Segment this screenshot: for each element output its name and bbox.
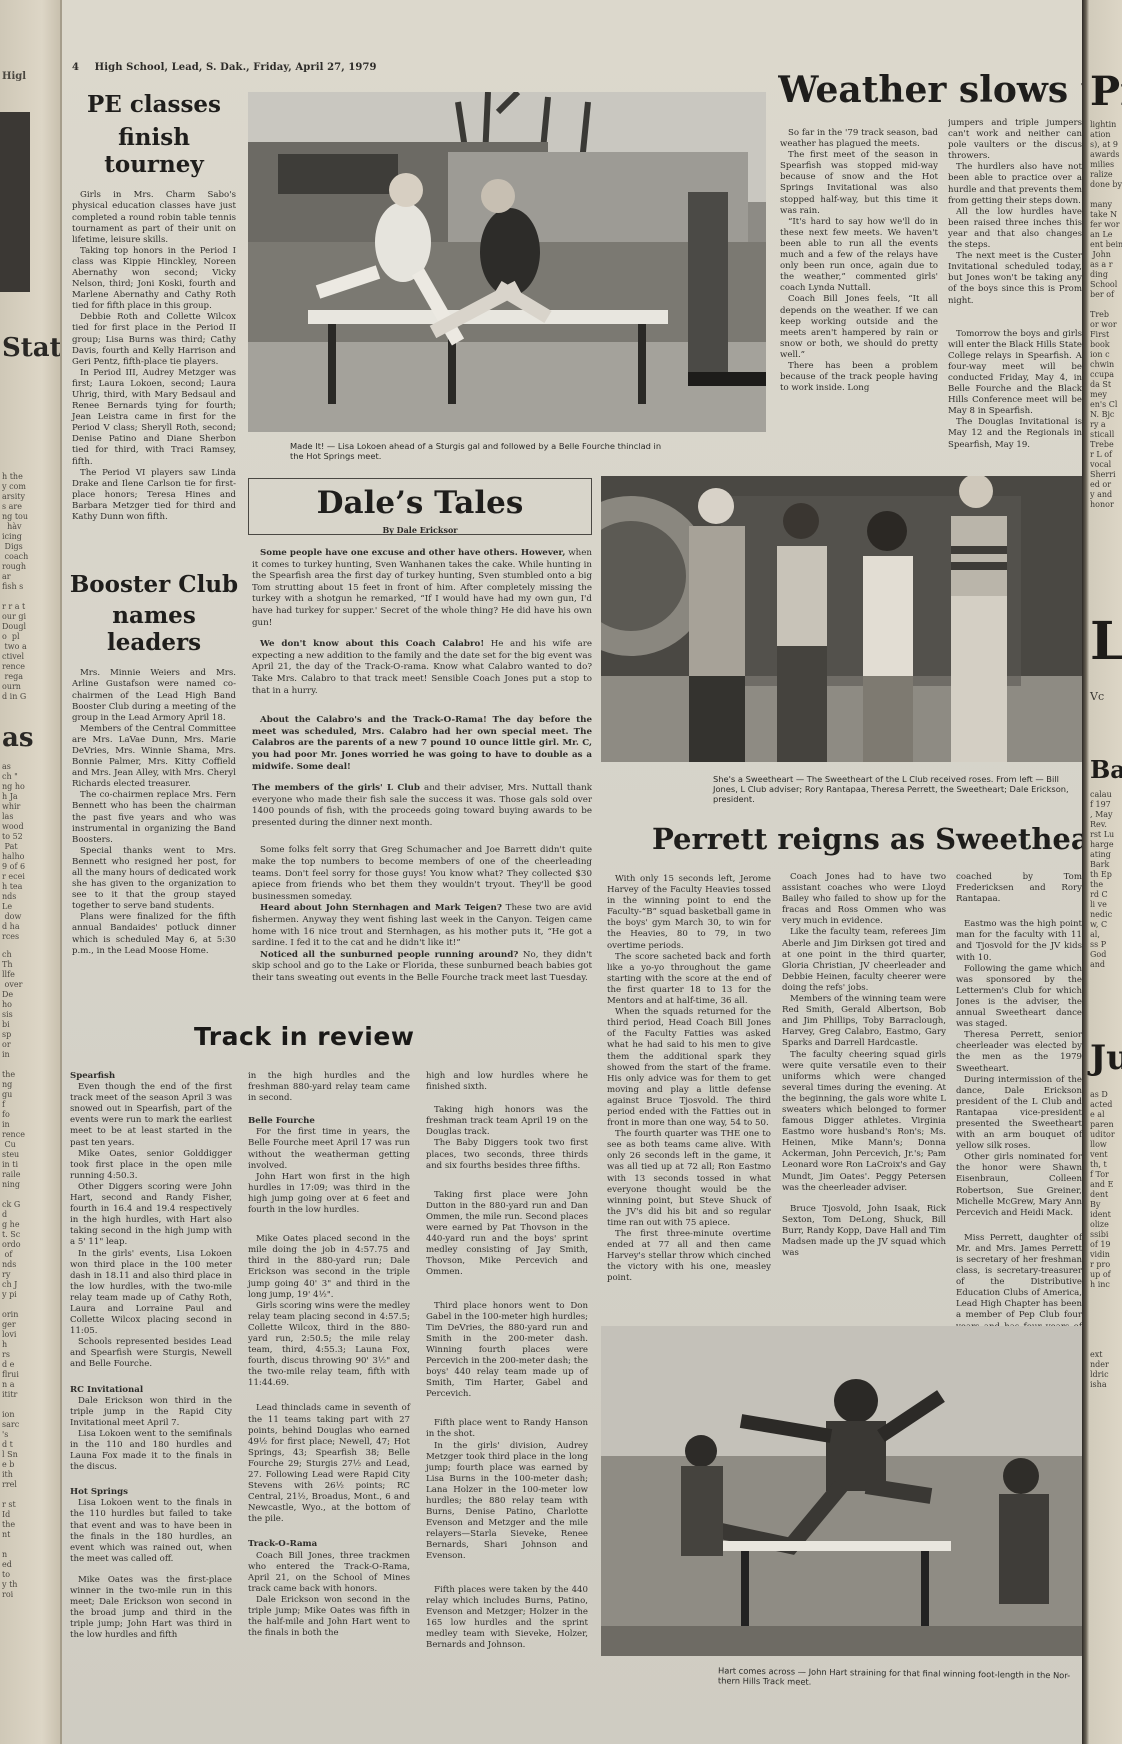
edge-text-fragment: lightin ation s), at 9 awards milies ral… — [1090, 120, 1122, 510]
tale-item: We don't know about this Coach Calabro! … — [252, 639, 592, 697]
hurdles-caption: Made It! — Lisa Lokoen ahead of a Sturgi… — [290, 441, 760, 461]
hart-photo-image — [601, 1326, 1082, 1656]
gutter-headline-fragment: Stat — [2, 334, 62, 362]
paragraph: Even though the end of the first track m… — [70, 1082, 232, 1149]
dales-tales-byline: By Dale Ericksor — [249, 525, 591, 535]
photo-hart-hurdles — [601, 1326, 1082, 1656]
paragraph: The Period VI players saw Linda Drake an… — [72, 468, 236, 523]
paragraph: Other Diggers scoring were John Hart, se… — [70, 1182, 232, 1249]
sweetheart-photo-image — [601, 476, 1082, 762]
paragraph: In the girls' events, Lisa Lokoen won th… — [70, 1249, 232, 1338]
tale-item: Noticed all the sunburned people running… — [252, 950, 592, 985]
weather-col1: So far in the '79 track season, bad weat… — [780, 128, 938, 394]
paragraph: Bruce Tjosvold, John Isaak, Rick Sexton,… — [782, 1204, 946, 1259]
next-page-edge: Pr lightin ation s), at 9 awards milies … — [1082, 0, 1122, 1744]
perrett-col1: With only 15 seconds left, Jerome Harvey… — [607, 874, 771, 1284]
paragraph: Members of the winning team were Red Smi… — [782, 994, 946, 1049]
photo-girls-hurdles — [248, 92, 766, 432]
section-subhead: Belle Fourche — [248, 1116, 410, 1127]
paragraph: Girls in Mrs. Charm Sabo's physical educ… — [72, 190, 236, 245]
track-review-headline: Track in review — [194, 1022, 414, 1051]
perrett-col2: Coach Jones had to have two assistant co… — [782, 872, 946, 1259]
paragraph: Lisa Lokoen went to the semifinals in th… — [70, 1429, 232, 1473]
weather-headline: Weather slows track — [778, 70, 1098, 111]
pe-headline-line1: PE classes — [68, 92, 240, 118]
paragraph: Taking top honors in the Period I class … — [72, 246, 236, 313]
paragraph: Mike Oates, senior Golddigger took first… — [70, 1149, 232, 1182]
paragraph: Coach Bill Jones, three trackmen who ent… — [248, 1551, 410, 1595]
dales-tales-body: Some people have one excuse and other ha… — [252, 548, 592, 985]
section-subhead: Hot Springs — [70, 1487, 232, 1498]
paragraph: Mrs. Minnie Weiers and Mrs. Arline Gusta… — [72, 668, 236, 723]
dales-tales-header-box: Dale’s Tales By Dale Ericksor — [248, 478, 592, 535]
dateline: High School, Lead, S. Dak., Friday, Apri… — [95, 62, 377, 73]
paragraph: Debbie Roth and Collette Wilcox tied for… — [72, 312, 236, 367]
paragraph: With only 15 seconds left, Jerome Harvey… — [607, 874, 771, 952]
tale-item: The members of the girls' L Club and the… — [252, 783, 592, 829]
paragraph: Coach Jones had to have two assistant co… — [782, 872, 946, 927]
hart-caption: Hart comes across — John Hart straining … — [718, 1665, 1088, 1690]
paragraph: Members of the Central Committee are Mrs… — [72, 724, 236, 791]
section-subhead: Spearfish — [70, 1071, 232, 1082]
edge-text-fragment: calau f 197 , May Rev. rst Lu harge atin… — [1090, 790, 1114, 970]
article-pe-classes: PE classes finish tourney Girls in Mrs. … — [68, 92, 240, 523]
edge-headline-fragment: Le — [1090, 620, 1122, 664]
paragraph: John Hart won first in the high hurdles … — [248, 1172, 410, 1216]
paragraph: Dale Erickson won third in the triple ju… — [70, 1396, 232, 1429]
gutter-text-fragment: the ng gu f fo in rence Cu steu in ti ra… — [2, 1070, 25, 1600]
paragraph: “It's hard to say how we'll do in these … — [780, 217, 938, 295]
paragraph: Other girls nominated for the honor were… — [956, 1152, 1082, 1219]
paragraph: Mike Oates was the first-place winner in… — [70, 1575, 232, 1642]
paragraph: in the high hurdles and the freshman 880… — [248, 1071, 410, 1104]
tale-item: About the Calabro's and the Track-O-Rama… — [252, 715, 592, 773]
weather-col2: jumpers and triple jumpers can't work an… — [948, 118, 1082, 451]
paragraph: Fifth place went to Randy Hanson in the … — [426, 1418, 588, 1440]
edge-text-fragment: as D acted e al paren uditor llow vent t… — [1090, 1090, 1115, 1390]
paragraph: Following the game which was sponsored b… — [956, 964, 1082, 1031]
paragraph: Lisa Lokoen went to the finals in the 11… — [70, 1498, 232, 1565]
paragraph: So far in the '79 track season, bad weat… — [780, 128, 938, 150]
paragraph: The first meet of the season in Spearfis… — [780, 150, 938, 217]
paragraph: When the squads returned for the third p… — [607, 1007, 771, 1129]
caption-line: president. — [713, 794, 1113, 804]
edge-headline-fragment: Ju — [1090, 1036, 1122, 1080]
section-subhead: Track-O-Rama — [248, 1539, 410, 1550]
perrett-headline: Perrett reigns as Sweetheart — [652, 823, 1082, 856]
paragraph: Like the faculty team, referees Jim Aber… — [782, 927, 946, 994]
edge-headline-fragment: Ba — [1090, 748, 1122, 792]
paragraph: Third place honors went to Don Gabel in … — [426, 1301, 588, 1401]
paragraph: Tomorrow the boys and girls will enter t… — [948, 329, 1082, 418]
paragraph: All the low hurdles have been raised thr… — [948, 207, 1082, 251]
paragraph: Schools represented besides Lead and Spe… — [70, 1337, 232, 1370]
paragraph: For the first time in years, the Belle F… — [248, 1127, 410, 1171]
paragraph: Plans were finalized for the fifth annua… — [72, 912, 236, 956]
photo-sweetheart — [601, 476, 1082, 762]
gutter-fragment-top: Higl — [2, 72, 26, 82]
paragraph: Eastmo was the high point man for the fa… — [956, 919, 1082, 963]
paragraph: Mike Oates placed second in the mile doi… — [248, 1234, 410, 1301]
dales-tales-title: Dale’s Tales — [249, 479, 591, 521]
paragraph: Fifth places were taken by the 440 relay… — [426, 1585, 588, 1652]
paragraph: coached by Tom Fredericksen and Rory Ran… — [956, 872, 1082, 905]
paragraph: Girls scoring wins were the medley relay… — [248, 1301, 410, 1390]
edge-text-fragment: Vc — [1090, 692, 1104, 702]
paragraph: Lead thinclads came in seventh of the 11… — [248, 1403, 410, 1525]
gutter-photo-fragment — [0, 112, 30, 292]
hurdles-photo-image — [248, 92, 766, 432]
caption-line: She's a Sweetheart — The Sweetheart of t… — [713, 774, 1113, 784]
paragraph: The faculty cheering squad girls were qu… — [782, 1050, 946, 1194]
booster-headline-line1: Booster Club — [68, 572, 240, 598]
newspaper-page: 4 High School, Lead, S. Dak., Friday, Ap… — [62, 0, 1082, 1744]
booster-headline-line2: names leaders — [68, 603, 240, 656]
caption-line: Jones, L Club adviser; Rory Rantapaa, Th… — [713, 784, 1113, 794]
track-review-col2: in the high hurdles and the freshman 880… — [248, 1071, 410, 1639]
paragraph: The first three-minute overtime ended at… — [607, 1229, 771, 1284]
paragraph: The Douglas Invitational is May 12 and t… — [948, 417, 1082, 450]
paragraph: Taking high honors was the freshman trac… — [426, 1105, 588, 1138]
pe-headline-line2: finish tourney — [68, 125, 240, 178]
paragraph: The next meet is the Custer Invitational… — [948, 251, 1082, 306]
paragraph: Coach Bill Jones feels, “It all depends … — [780, 294, 938, 361]
gutter-text-fragment: as ch " ng ho h Ja whir las wood to 52 P… — [2, 762, 25, 942]
paragraph: Theresa Perrett, senior cheerleader was … — [956, 1030, 1082, 1074]
paragraph: During intermission of the dance, Dale E… — [956, 1075, 1082, 1153]
tale-item: Some people have one excuse and other ha… — [252, 548, 592, 629]
article-booster-club: Booster Club names leaders Mrs. Minnie W… — [68, 572, 240, 957]
perrett-col3: coached by Tom Fredericksen and Rory Ran… — [956, 872, 1082, 1388]
paragraph: high and low hurdles where he finished s… — [426, 1071, 588, 1093]
booster-body: Mrs. Minnie Weiers and Mrs. Arline Gusta… — [68, 668, 240, 956]
paragraph: Special thanks went to Mrs. Bennett who … — [72, 846, 236, 913]
caption-line: the Hot Springs meet. — [290, 451, 760, 461]
paragraph: In the girls' division, Audrey Metzger t… — [426, 1441, 588, 1563]
paragraph: The score sacheted back and forth like a… — [607, 952, 771, 1007]
paragraph: The hurdlers also have not been able to … — [948, 162, 1082, 206]
paragraph: In Period III, Audrey Metzger was first;… — [72, 368, 236, 468]
sweetheart-caption: She's a Sweetheart — The Sweetheart of t… — [713, 774, 1113, 804]
paragraph: jumpers and triple jumpers can't work an… — [948, 118, 1082, 162]
tale-item: Some folks felt sorry that Greg Schumach… — [252, 845, 592, 903]
edge-headline-fragment: Pr — [1090, 70, 1122, 114]
pe-body: Girls in Mrs. Charm Sabo's physical educ… — [68, 190, 240, 523]
gutter-text-fragment: ch Th llfe over De ho sis bi sp or in — [2, 950, 22, 1060]
track-review-col1: Spearfish Even though the end of the fir… — [70, 1071, 232, 1642]
page-number: 4 — [72, 62, 79, 73]
gutter-text-fragment: h the y com arsity s are ng tou hàv ici… — [2, 472, 28, 702]
section-subhead: RC Invitational — [70, 1385, 232, 1396]
paragraph: Dale Erickson won second in the triple j… — [248, 1595, 410, 1639]
gutter-headline-fragment: as — [2, 724, 33, 752]
paragraph: There has been a problem because of the … — [780, 361, 938, 394]
track-review-col3: high and low hurdles where he finished s… — [426, 1071, 588, 1651]
previous-page-gutter: Higl Stat h the y com arsity s are ng to… — [0, 0, 62, 1744]
paragraph: The co-chairmen replace Mrs. Fern Bennet… — [72, 790, 236, 845]
paragraph: The Baby Diggers took two first places, … — [426, 1138, 588, 1171]
folio-line: 4 High School, Lead, S. Dak., Friday, Ap… — [72, 62, 377, 73]
paragraph: The fourth quarter was THE one to see as… — [607, 1129, 771, 1229]
tale-item: Heard about John Sternhagen and Mark Tei… — [252, 903, 592, 949]
caption-line: Made It! — Lisa Lokoen ahead of a Sturgi… — [290, 441, 760, 451]
paragraph: Taking first place were John Dutton in t… — [426, 1190, 588, 1279]
